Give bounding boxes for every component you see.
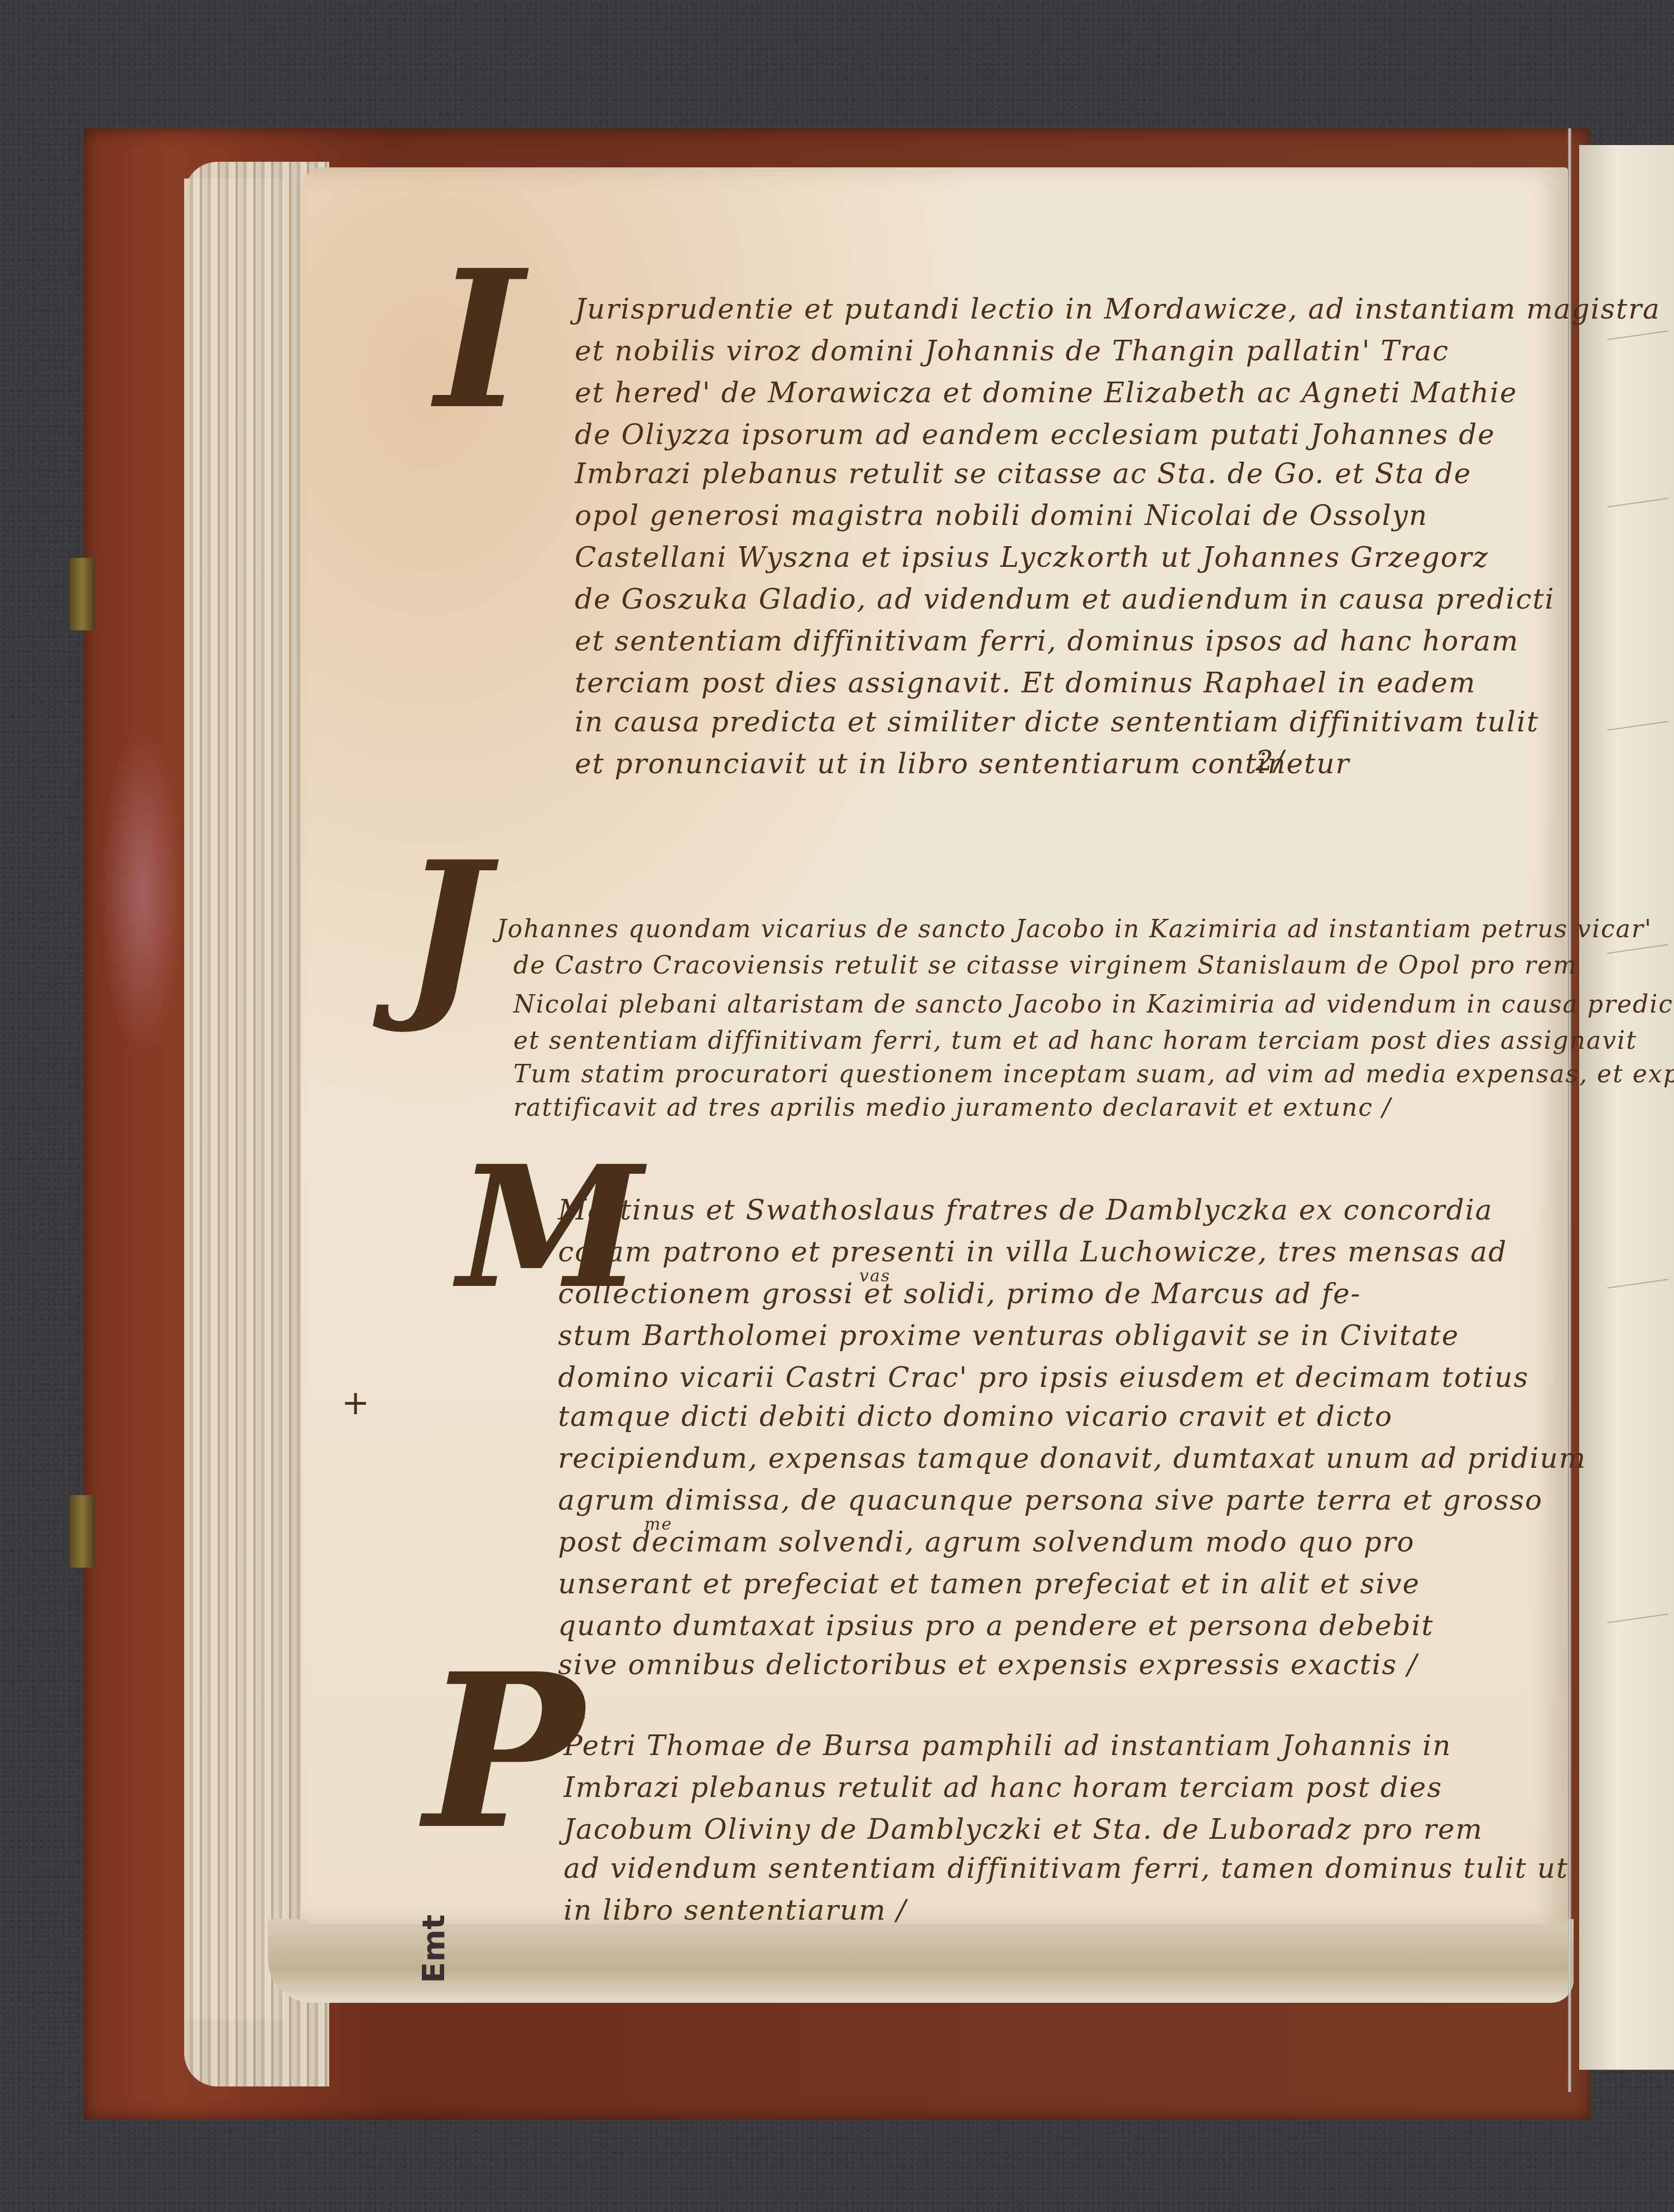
entry-1-line: et pronunciavit ut in libro sententiarum… [575, 748, 1350, 780]
entry-2-line: Tum statim procuratori questionem incept… [513, 1060, 1674, 1088]
entry-4-line: ad videndum sententiam diffinitivam ferr… [564, 1852, 1569, 1885]
interlinear-mark: me [644, 1515, 672, 1534]
entry-1-line: et nobilis viroz domini Johannis de Than… [575, 335, 1449, 367]
entry-1-line: in causa predicta et similiter dicte sen… [575, 706, 1539, 738]
shelf-mark-stamp: Emt [416, 1915, 452, 1983]
entry-3-line: agrum dimissa, de quacunque persona sive… [558, 1484, 1543, 1516]
entry-1-line: et sententiam diffinitivam ferri, dominu… [575, 625, 1519, 657]
binding-stain [100, 725, 184, 1060]
margin-cross-mark: + [341, 1384, 369, 1423]
entry-3-line: sive omnibus delictoribus et expensis ex… [558, 1649, 1418, 1681]
upper-clasp [70, 558, 95, 630]
interlinear-mark: vas [859, 1266, 891, 1286]
entry-2-line: et sententiam diffinitivam ferri, tum et… [513, 1027, 1637, 1055]
entry-3-line: quanto dumtaxat ipsius pro a pendere et … [558, 1609, 1434, 1642]
entry-1-line: Castellani Wyszna et ipsius Lyczkorth ut… [575, 541, 1489, 574]
entry-3-line: tamque dicti debiti dicto domino vicario… [558, 1400, 1393, 1433]
entry-3-line: post decimam solvendi, agrum solvendum m… [558, 1526, 1415, 1558]
entry-1-line: Jurisprudentie et putandi lectio in Mord… [575, 293, 1661, 325]
gutter-glass-edge [1568, 128, 1571, 2092]
lower-clasp [70, 1495, 95, 1568]
entry-3-line: domino vicarii Castri Crac' pro ipsis ei… [558, 1361, 1529, 1394]
entry-3-line: recipiendum, expensas tamque donavit, du… [558, 1442, 1586, 1474]
entry-2-line: rattificavit ad tres aprilis medio juram… [513, 1093, 1392, 1122]
facing-page [1579, 145, 1674, 2070]
entry-3-line: stum Bartholomei proxime venturas obliga… [558, 1319, 1459, 1352]
entry-1-line: et hered' de Morawicza et domine Elizabe… [575, 377, 1518, 409]
entry-1-line: Imbrazi plebanus retulit se citasse ac S… [575, 457, 1471, 490]
entry-3-line: coram patrono et presenti in villa Lucho… [558, 1236, 1507, 1268]
entry-1-line: de Goszuka Gladio, ad videndum et audien… [575, 583, 1555, 615]
entry-4-margin-note: n [575, 1702, 588, 1723]
page-stack-bottom-edge [268, 1919, 1574, 2003]
entry-4-line: Imbrazi plebanus retulit ad hanc horam t… [564, 1771, 1442, 1804]
entry-1-closing-mark: 2/ [1256, 745, 1285, 777]
entry-4-initial: P [424, 1646, 584, 1858]
entry-4-line: Jacobum Oliviny de Damblyczki et Sta. de… [564, 1813, 1483, 1845]
entry-3-line: unserant et prefeciat et tamen prefeciat… [558, 1568, 1420, 1600]
entry-3-line: collectionem grossi et solidi, primo de … [558, 1278, 1361, 1310]
entry-3-line: Martinus et Swathoslaus fratres de Dambl… [558, 1194, 1493, 1226]
entry-1-line: de Oliyzza ipsorum ad eandem ecclesiam p… [575, 418, 1495, 451]
entry-2-line: Johannes quondam vicarius de sancto Jaco… [497, 915, 1652, 943]
entry-2-initial: J [402, 837, 489, 1021]
entry-4-line: in libro sententiarum / [564, 1894, 907, 1926]
entry-4-line: Petri Thomae de Bursa pamphili ad instan… [564, 1729, 1451, 1762]
entry-1-initial: I [435, 245, 524, 435]
entry-2-line: de Castro Cracoviensis retulit se citass… [513, 951, 1577, 980]
entry-2-line: Nicolai plebani altaristam de sancto Jac… [513, 990, 1674, 1019]
entry-1-line: opol generosi magistra nobili domini Nic… [575, 499, 1428, 532]
entry-1-line: terciam post dies assignavit. Et dominus… [575, 667, 1476, 699]
